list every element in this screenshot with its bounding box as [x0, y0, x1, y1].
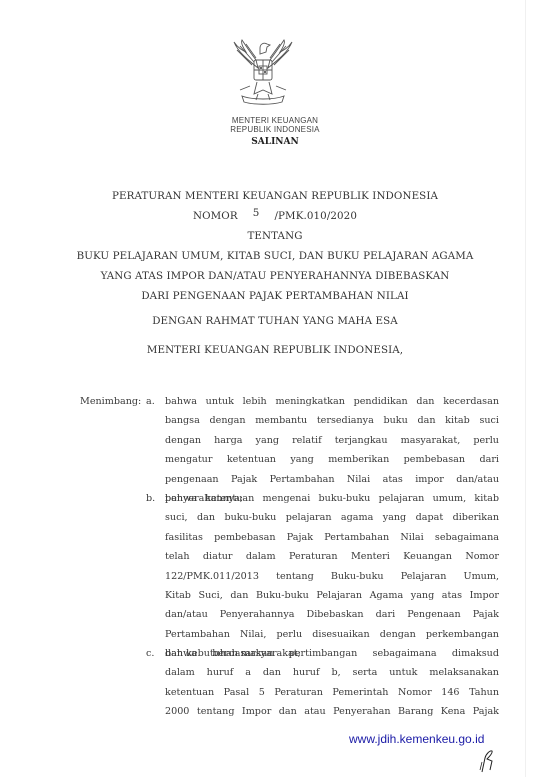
ministry-line-1: MENTERI KEUANGAN — [0, 116, 550, 125]
nomor-label: NOMOR — [193, 210, 238, 222]
item-a-marker: a. — [146, 392, 155, 411]
item-b-line: dan/atau Penyerahannya Dibebaskan dari P… — [165, 605, 499, 624]
ministry-line-2: REPUBLIK INDONESIA — [0, 125, 550, 134]
item-a-line: mengatur ketentuan yang memberikan pembe… — [165, 450, 499, 469]
garuda-emblem-icon — [228, 38, 298, 116]
item-b-line: 122/PMK.011/2013 tentang Buku-buku Pelaj… — [165, 567, 499, 586]
item-c-marker: c. — [146, 644, 154, 663]
nomor-suffix: /PMK.010/2020 — [274, 210, 357, 222]
nomor-value: 5 — [241, 207, 271, 219]
regulation-number: NOMOR 5 /PMK.010/2020 — [0, 210, 550, 222]
item-a-line: dengan harga yang relatif terjangkau mas… — [165, 431, 499, 450]
item-c-text: bahwa berdasarkan pertimbangan sebagaima… — [165, 644, 499, 722]
item-b-line: telah diatur dalam Peraturan Menteri Keu… — [165, 547, 499, 566]
subject-line-3: DARI PENGENAAN PAJAK PERTAMBAHAN NILAI — [0, 290, 550, 302]
website-link[interactable]: www.jdih.kemenkeu.go.id — [349, 732, 484, 746]
item-c-line: bahwa berdasarkan pertimbangan sebagaima… — [165, 644, 499, 663]
item-a-line: bangsa dengan membantu tersedianya buku … — [165, 411, 499, 430]
item-c-line: ketentuan Pasal 5 Peraturan Pemerintah N… — [165, 683, 499, 702]
item-a-line: pengenaan Pajak Pertambahan Nilai atas i… — [165, 470, 499, 489]
item-b-marker: b. — [146, 489, 155, 508]
considerations-label: Menimbang: — [80, 392, 141, 411]
subject-line-1: BUKU PELAJARAN UMUM, KITAB SUCI, DAN BUK… — [0, 250, 550, 262]
item-b-line: suci, dan buku-buku pelajaran agama yang… — [165, 508, 499, 527]
item-c-line: dalam huruf a dan huruf b, serta untuk m… — [165, 663, 499, 682]
item-c-line: 2000 tentang Impor dan atau Penyerahan B… — [165, 702, 499, 721]
item-b-line: bahwa ketentuan mengenai buku-buku pelaj… — [165, 489, 499, 508]
item-a-line: bahwa untuk lebih meningkatkan pendidika… — [165, 392, 499, 411]
regulation-title: PERATURAN MENTERI KEUANGAN REPUBLIK INDO… — [0, 190, 550, 202]
item-b-line: fasilitas pembebasan Pajak Pertambahan N… — [165, 528, 499, 547]
item-b-text: bahwa ketentuan mengenai buku-buku pelaj… — [165, 489, 499, 664]
subject-line-2: YANG ATAS IMPOR DAN/ATAU PENYERAHANNYA D… — [0, 270, 550, 282]
blessing-line: DENGAN RAHMAT TUHAN YANG MAHA ESA — [0, 315, 550, 327]
tentang-label: TENTANG — [0, 230, 550, 242]
item-b-line: Pertambahan Nilai, perlu disesuaikan den… — [165, 625, 499, 644]
authority-line: MENTERI KEUANGAN REPUBLIK INDONESIA, — [0, 344, 550, 356]
signature-initial-icon — [478, 748, 498, 774]
item-b-line: Kitab Suci, dan Buku-buku Pelajaran Agam… — [165, 586, 499, 605]
copy-label: SALINAN — [0, 137, 550, 147]
